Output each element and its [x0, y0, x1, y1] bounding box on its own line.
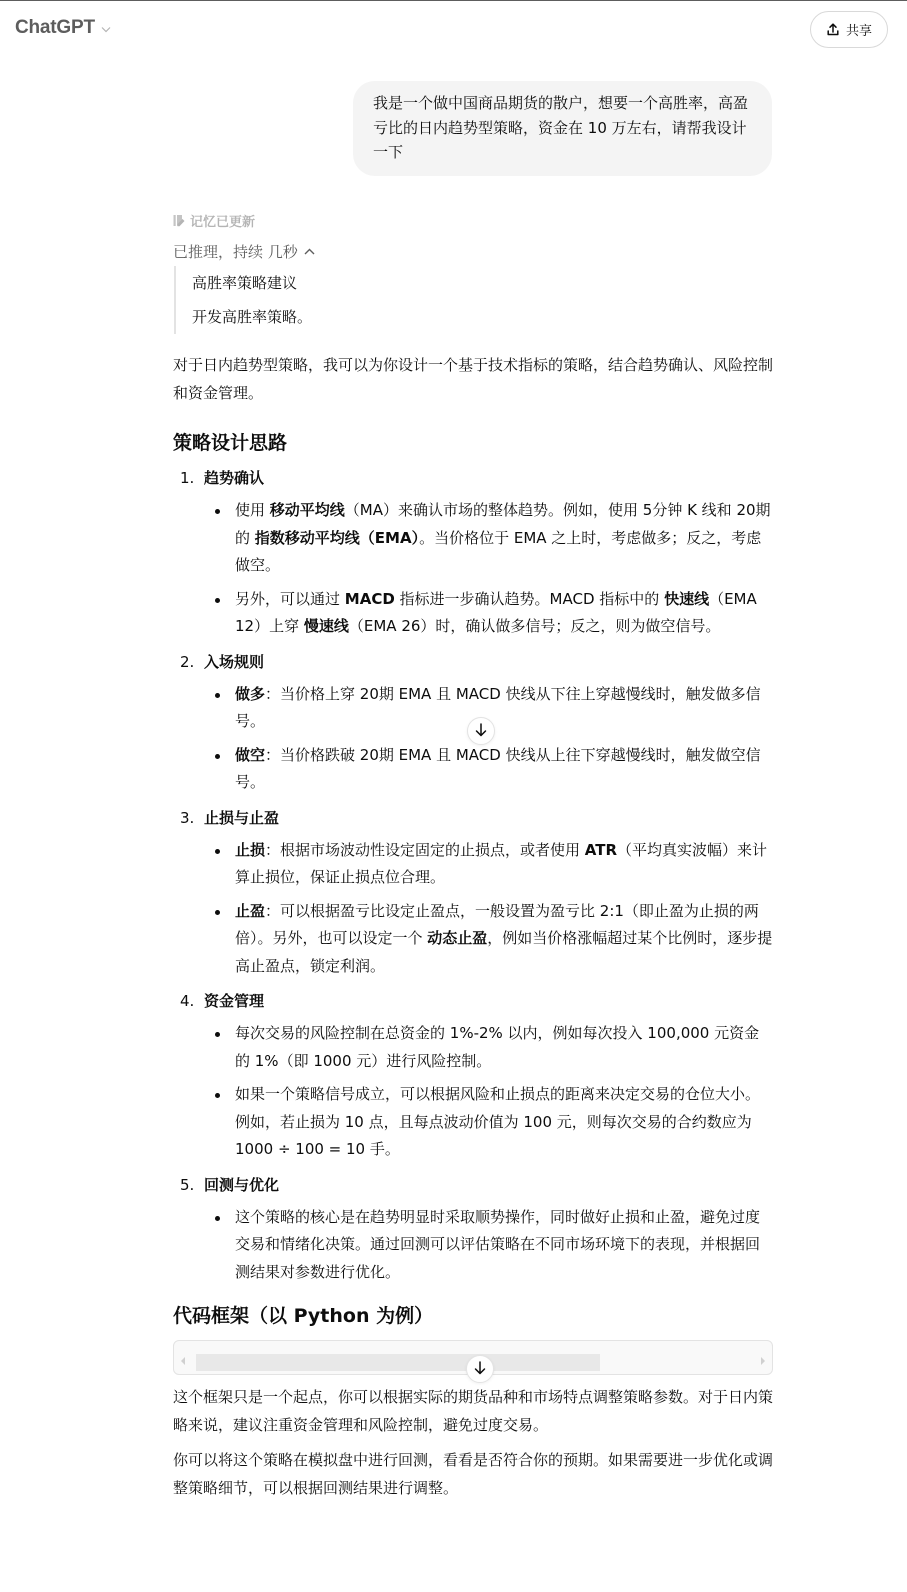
step-bullets: 止损：根据市场波动性设定固定的止损点，或者使用 ATR（平均真实波幅）来计算止损…	[204, 837, 773, 981]
bullet-item: 止盈：可以根据盈亏比设定止盈点，一般设置为盈亏比 2:1（即止盈为止损的两倍）。…	[204, 898, 773, 981]
step-number: 2.	[180, 647, 194, 677]
thought-item: 开发高胜率策略。	[192, 300, 773, 334]
outro-paragraph-2: 你可以将这个策略在模拟盘中进行回测，看看是否符合你的预期。如果需要进一步优化或调…	[173, 1447, 773, 1502]
bold-term: 慢速线	[304, 617, 349, 635]
text-run: 指标进一步确认趋势。MACD 指标中的	[395, 590, 664, 608]
reasoning-label: 已推理，持续 几秒	[173, 241, 298, 262]
step-number: 4.	[180, 986, 194, 1016]
section-heading-strategy: 策略设计思路	[173, 429, 773, 457]
arrow-down-icon	[474, 1360, 486, 1379]
share-upload-icon	[826, 23, 840, 37]
step-number: 5.	[180, 1170, 194, 1200]
text-run: （EMA 26）时，确认做多信号；反之，则为做空信号。	[349, 617, 721, 635]
chevron-up-icon	[304, 245, 316, 257]
share-button[interactable]: 共享	[810, 11, 888, 48]
step-number: 3.	[180, 803, 194, 833]
strategy-steps: 1.趋势确认使用 移动平均线（MA）来确认市场的整体趋势。例如，使用 5分钟 K…	[173, 463, 773, 1286]
bold-term: 止盈	[235, 902, 265, 920]
step-bullets: 每次交易的风险控制在总资金的 1%-2% 以内，例如每次投入 100,000 元…	[204, 1020, 773, 1164]
bullet-item: 使用 移动平均线（MA）来确认市场的整体趋势。例如，使用 5分钟 K 线和 20…	[204, 497, 773, 580]
bold-term: 做多	[235, 685, 265, 703]
bullet-item: 每次交易的风险控制在总资金的 1%-2% 以内，例如每次投入 100,000 元…	[204, 1020, 773, 1075]
bold-term: 指数移动平均线（EMA）	[255, 529, 419, 547]
scroll-to-bottom-button[interactable]	[466, 1355, 494, 1383]
scroll-to-bottom-button[interactable]	[467, 717, 495, 745]
bullet-item: 如果一个策略信号成立，可以根据风险和止损点的距离来决定交易的仓位大小。例如，若止…	[204, 1081, 773, 1164]
step-title: 止损与止盈	[204, 803, 773, 833]
step-title: 入场规则	[204, 647, 773, 677]
bold-term: 做空	[235, 746, 265, 764]
intro-paragraph: 对于日内趋势型策略，我可以为你设计一个基于技术指标的策略，结合趋势确认、风险控制…	[173, 352, 773, 407]
strategy-step: 5.回测与优化这个策略的核心是在趋势明显时采取顺势操作，同时做好止损和止盈，避免…	[173, 1170, 773, 1287]
bold-term: 快速线	[664, 590, 709, 608]
bullet-item: 另外，可以通过 MACD 指标进一步确认趋势。MACD 指标中的 快速线（EMA…	[204, 586, 773, 641]
chevron-down-icon	[99, 23, 113, 37]
assistant-message: 记忆已更新 已推理，持续 几秒 高胜率策略建议 开发高胜率策略。 对于日内趋势型…	[173, 206, 773, 1502]
text-run: 如果一个策略信号成立，可以根据风险和止损点的距离来决定交易的仓位大小。例如，若止…	[235, 1085, 760, 1158]
bold-term: MACD	[345, 590, 395, 608]
bullet-item: 做空：当价格跌破 20期 EMA 且 MACD 快线从上往下穿越慢线时，触发做空…	[204, 742, 773, 797]
text-run: 每次交易的风险控制在总资金的 1%-2% 以内，例如每次投入 100,000 元…	[235, 1024, 759, 1070]
step-bullets: 使用 移动平均线（MA）来确认市场的整体趋势。例如，使用 5分钟 K 线和 20…	[204, 497, 773, 641]
strategy-step: 1.趋势确认使用 移动平均线（MA）来确认市场的整体趋势。例如，使用 5分钟 K…	[173, 463, 773, 641]
text-run: 使用	[235, 501, 270, 519]
scroll-left-arrow-icon[interactable]	[181, 1357, 185, 1365]
text-run: 另外，可以通过	[235, 590, 345, 608]
share-label: 共享	[846, 20, 872, 39]
strategy-step: 3.止损与止盈止损：根据市场波动性设定固定的止损点，或者使用 ATR（平均真实波…	[173, 803, 773, 981]
text-run: 这个策略的核心是在趋势明显时采取顺势操作，同时做好止损和止盈，避免过度交易和情绪…	[235, 1208, 760, 1281]
code-horizontal-scrollbar[interactable]	[196, 1354, 600, 1371]
bold-term: 动态止盈	[427, 929, 487, 947]
model-selector[interactable]: ChatGPT	[15, 17, 113, 39]
step-title: 资金管理	[204, 986, 773, 1016]
text-run: ：当价格上穿 20期 EMA 且 MACD 快线从下往上穿越慢线时，触发做多信号…	[235, 685, 761, 731]
thought-item: 高胜率策略建议	[192, 266, 773, 300]
memory-pencil-icon	[173, 214, 185, 227]
step-title: 趋势确认	[204, 463, 773, 493]
reasoning-toggle[interactable]: 已推理，持续 几秒	[173, 240, 773, 262]
text-run: ：当价格跌破 20期 EMA 且 MACD 快线从上往下穿越慢线时，触发做空信号…	[235, 746, 761, 792]
bold-term: ATR	[585, 841, 617, 859]
app-title: ChatGPT	[15, 17, 95, 39]
step-title: 回测与优化	[204, 1170, 773, 1200]
outro-paragraph-1: 这个框架只是一个起点，你可以根据实际的期货品种和市场特点调整策略参数。对于日内策…	[173, 1384, 773, 1439]
reasoning-thoughts: 高胜率策略建议 开发高胜率策略。	[174, 266, 773, 334]
scroll-right-arrow-icon[interactable]	[761, 1357, 765, 1365]
bold-term: 移动平均线	[270, 501, 345, 519]
section-heading-code: 代码框架（以 Python 为例）	[173, 1302, 773, 1330]
memory-updated-indicator[interactable]: 记忆已更新	[173, 210, 773, 230]
step-bullets: 这个策略的核心是在趋势明显时采取顺势操作，同时做好止损和止盈，避免过度交易和情绪…	[204, 1204, 773, 1287]
arrow-down-icon	[475, 722, 487, 741]
strategy-step: 4.资金管理每次交易的风险控制在总资金的 1%-2% 以内，例如每次投入 100…	[173, 986, 773, 1164]
bullet-item: 这个策略的核心是在趋势明显时采取顺势操作，同时做好止损和止盈，避免过度交易和情绪…	[204, 1204, 773, 1287]
user-message: 我是一个做中国商品期货的散户，想要一个高胜率，高盈亏比的日内趋势型策略，资金在 …	[353, 81, 772, 176]
bold-term: 止损	[235, 841, 265, 859]
top-bar: ChatGPT 共享	[0, 1, 907, 59]
memory-label: 记忆已更新	[190, 211, 255, 230]
text-run: ：根据市场波动性设定固定的止损点，或者使用	[265, 841, 585, 859]
step-number: 1.	[180, 463, 194, 493]
bullet-item: 止损：根据市场波动性设定固定的止损点，或者使用 ATR（平均真实波幅）来计算止损…	[204, 837, 773, 892]
